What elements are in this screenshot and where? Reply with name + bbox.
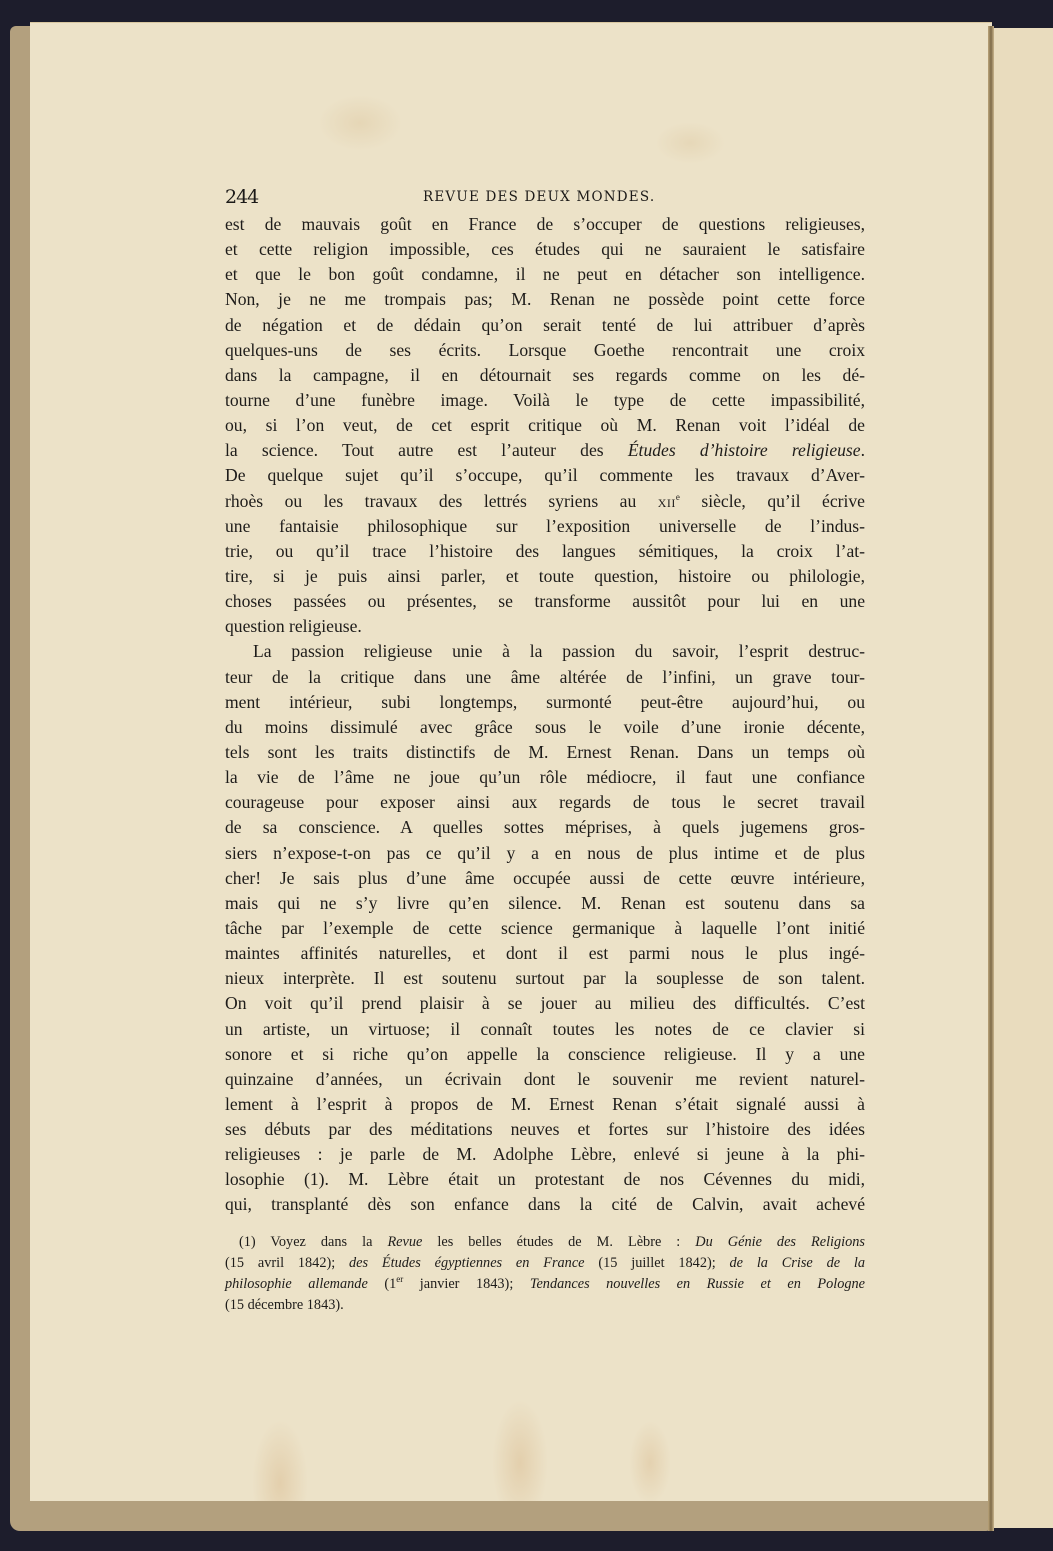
- paragraph-start-line: La passion religieuse unie à la passion …: [225, 639, 865, 664]
- text-line: maintes affinités naturelles, et dont il…: [225, 941, 865, 966]
- text-line: mais qui ne s’y livre qu’en silence. M. …: [225, 891, 865, 916]
- text-span: (1: [368, 1276, 396, 1292]
- text-line: losophie (1). M. Lèbre était un protesta…: [225, 1167, 865, 1192]
- body-text: est de mauvais goût en France de s’occup…: [225, 212, 865, 1218]
- article-title: philosophie allemande: [225, 1276, 368, 1292]
- text-span: les belles études de M. Lèbre :: [422, 1234, 695, 1250]
- footnote-line: philosophie allemande (1er janvier 1843)…: [225, 1274, 865, 1295]
- article-title: Du Génie des Religions: [695, 1234, 865, 1250]
- text-line: dans la campagne, il en détournait ses r…: [225, 363, 865, 388]
- text-line: trie, ou qu’il trace l’histoire des lang…: [225, 539, 865, 564]
- text-line: quinzaine d’années, un écrivain dont le …: [225, 1067, 865, 1092]
- text-line: ment intérieur, subi longtemps, surmonté…: [225, 690, 865, 715]
- text-span: .: [861, 440, 865, 460]
- text-line: et que le bon goût condamne, il ne peut …: [225, 262, 865, 287]
- text-line: quelques-uns de ses écrits. Lorsque Goet…: [225, 338, 865, 363]
- text-line: choses passées ou présentes, se transfor…: [225, 589, 865, 614]
- text-line: courageuse pour exposer ainsi aux regard…: [225, 790, 865, 815]
- text-line: tels sont les traits distinctifs de M. E…: [225, 740, 865, 765]
- journal-title: Revue: [387, 1234, 422, 1250]
- footnote-line: (15 décembre 1843).: [225, 1295, 865, 1316]
- text-line: est de mauvais goût en France de s’occup…: [225, 212, 865, 237]
- text-line: un artiste, un virtuose; il connaît tout…: [225, 1017, 865, 1042]
- article-title: de la Crise de la: [730, 1255, 865, 1271]
- text-line: la science. Tout autre est l’auteur des …: [225, 438, 865, 463]
- text-line: On voit qu’il prend plaisir à se jouer a…: [225, 991, 865, 1016]
- running-head: REVUE DES DEUX MONDES.: [423, 189, 655, 205]
- text-line: tourne d’une funèbre image. Voilà le typ…: [225, 388, 865, 413]
- text-line: tire, si je puis ainsi parler, et toute …: [225, 564, 865, 589]
- text-line: du moins dissimulé avec grâce sous le vo…: [225, 715, 865, 740]
- century-numeral: XII: [658, 496, 676, 510]
- text-span: la science. Tout autre est l’auteur des: [225, 440, 628, 460]
- text-span: (15 juillet 1842);: [585, 1255, 730, 1271]
- scanned-page-view: 244 REVUE DES DEUX MONDES. est de mauvai…: [0, 0, 1053, 1551]
- text-line: De quelque sujet qu’il s’occupe, qu’il c…: [225, 463, 865, 488]
- book-title: Études d’histoire religieuse: [628, 440, 861, 460]
- text-line: de sa conscience. A quelles sottes mépri…: [225, 815, 865, 840]
- text-span: Voyez dans la: [256, 1234, 388, 1250]
- text-span: siècle, qu’il écrive: [680, 491, 865, 511]
- text-line: lement à l’esprit à propos de M. Ernest …: [225, 1092, 865, 1117]
- text-line: ou, si l’on veut, de cet esprit critique…: [225, 413, 865, 438]
- facing-page-edge: [994, 28, 1053, 1528]
- text-line: de négation et de dédain qu’on serait te…: [225, 313, 865, 338]
- page-header: 244 REVUE DES DEUX MONDES.: [225, 186, 865, 208]
- text-line: rhoès ou les travaux des lettrés syriens…: [225, 489, 865, 514]
- paragraph-end-line: question religieuse.: [225, 614, 865, 639]
- text-line: Non, je ne me trompais pas; M. Renan ne …: [225, 287, 865, 312]
- text-line: religieuses : je parle de M. Adolphe Lèb…: [225, 1142, 865, 1167]
- text-line: tâche par l’exemple de cette science ger…: [225, 916, 865, 941]
- text-line: la vie de l’âme ne joue qu’un rôle médio…: [225, 765, 865, 790]
- text-line: teur de la critique dans une âme altérée…: [225, 665, 865, 690]
- text-span: (15 avril 1842);: [225, 1255, 349, 1271]
- article-title: des Études égyptiennes en France: [349, 1255, 585, 1271]
- text-line: qui, transplanté dès son enfance dans la…: [225, 1192, 865, 1217]
- article-title: Tendances nouvelles en Russie et en Polo…: [530, 1276, 865, 1292]
- text-line: une fantaisie philosophique sur l’exposi…: [225, 514, 865, 539]
- footnote-line: (15 avril 1842); des Études égyptiennes …: [225, 1253, 865, 1274]
- text-span: janvier 1843);: [403, 1276, 530, 1292]
- text-line: nieux interprète. Il est soutenu surtout…: [225, 966, 865, 991]
- footnote-marker: (1): [239, 1234, 256, 1250]
- text-line: cher! Je sais plus d’une âme occupée aus…: [225, 866, 865, 891]
- text-line: ses débuts par des méditations neuves et…: [225, 1117, 865, 1142]
- text-line: et cette religion impossible, ces études…: [225, 237, 865, 262]
- text-line: siers n’expose-t-on pas ce qu’il y a en …: [225, 841, 865, 866]
- text-line: sonore et si riche qu’on appelle la cons…: [225, 1042, 865, 1067]
- text-span: rhoès ou les travaux des lettrés syriens…: [225, 491, 658, 511]
- page-number: 244: [225, 186, 258, 208]
- footnote-line: (1) Voyez dans la Revue les belles étude…: [225, 1232, 865, 1253]
- footnote: (1) Voyez dans la Revue les belles étude…: [225, 1232, 865, 1316]
